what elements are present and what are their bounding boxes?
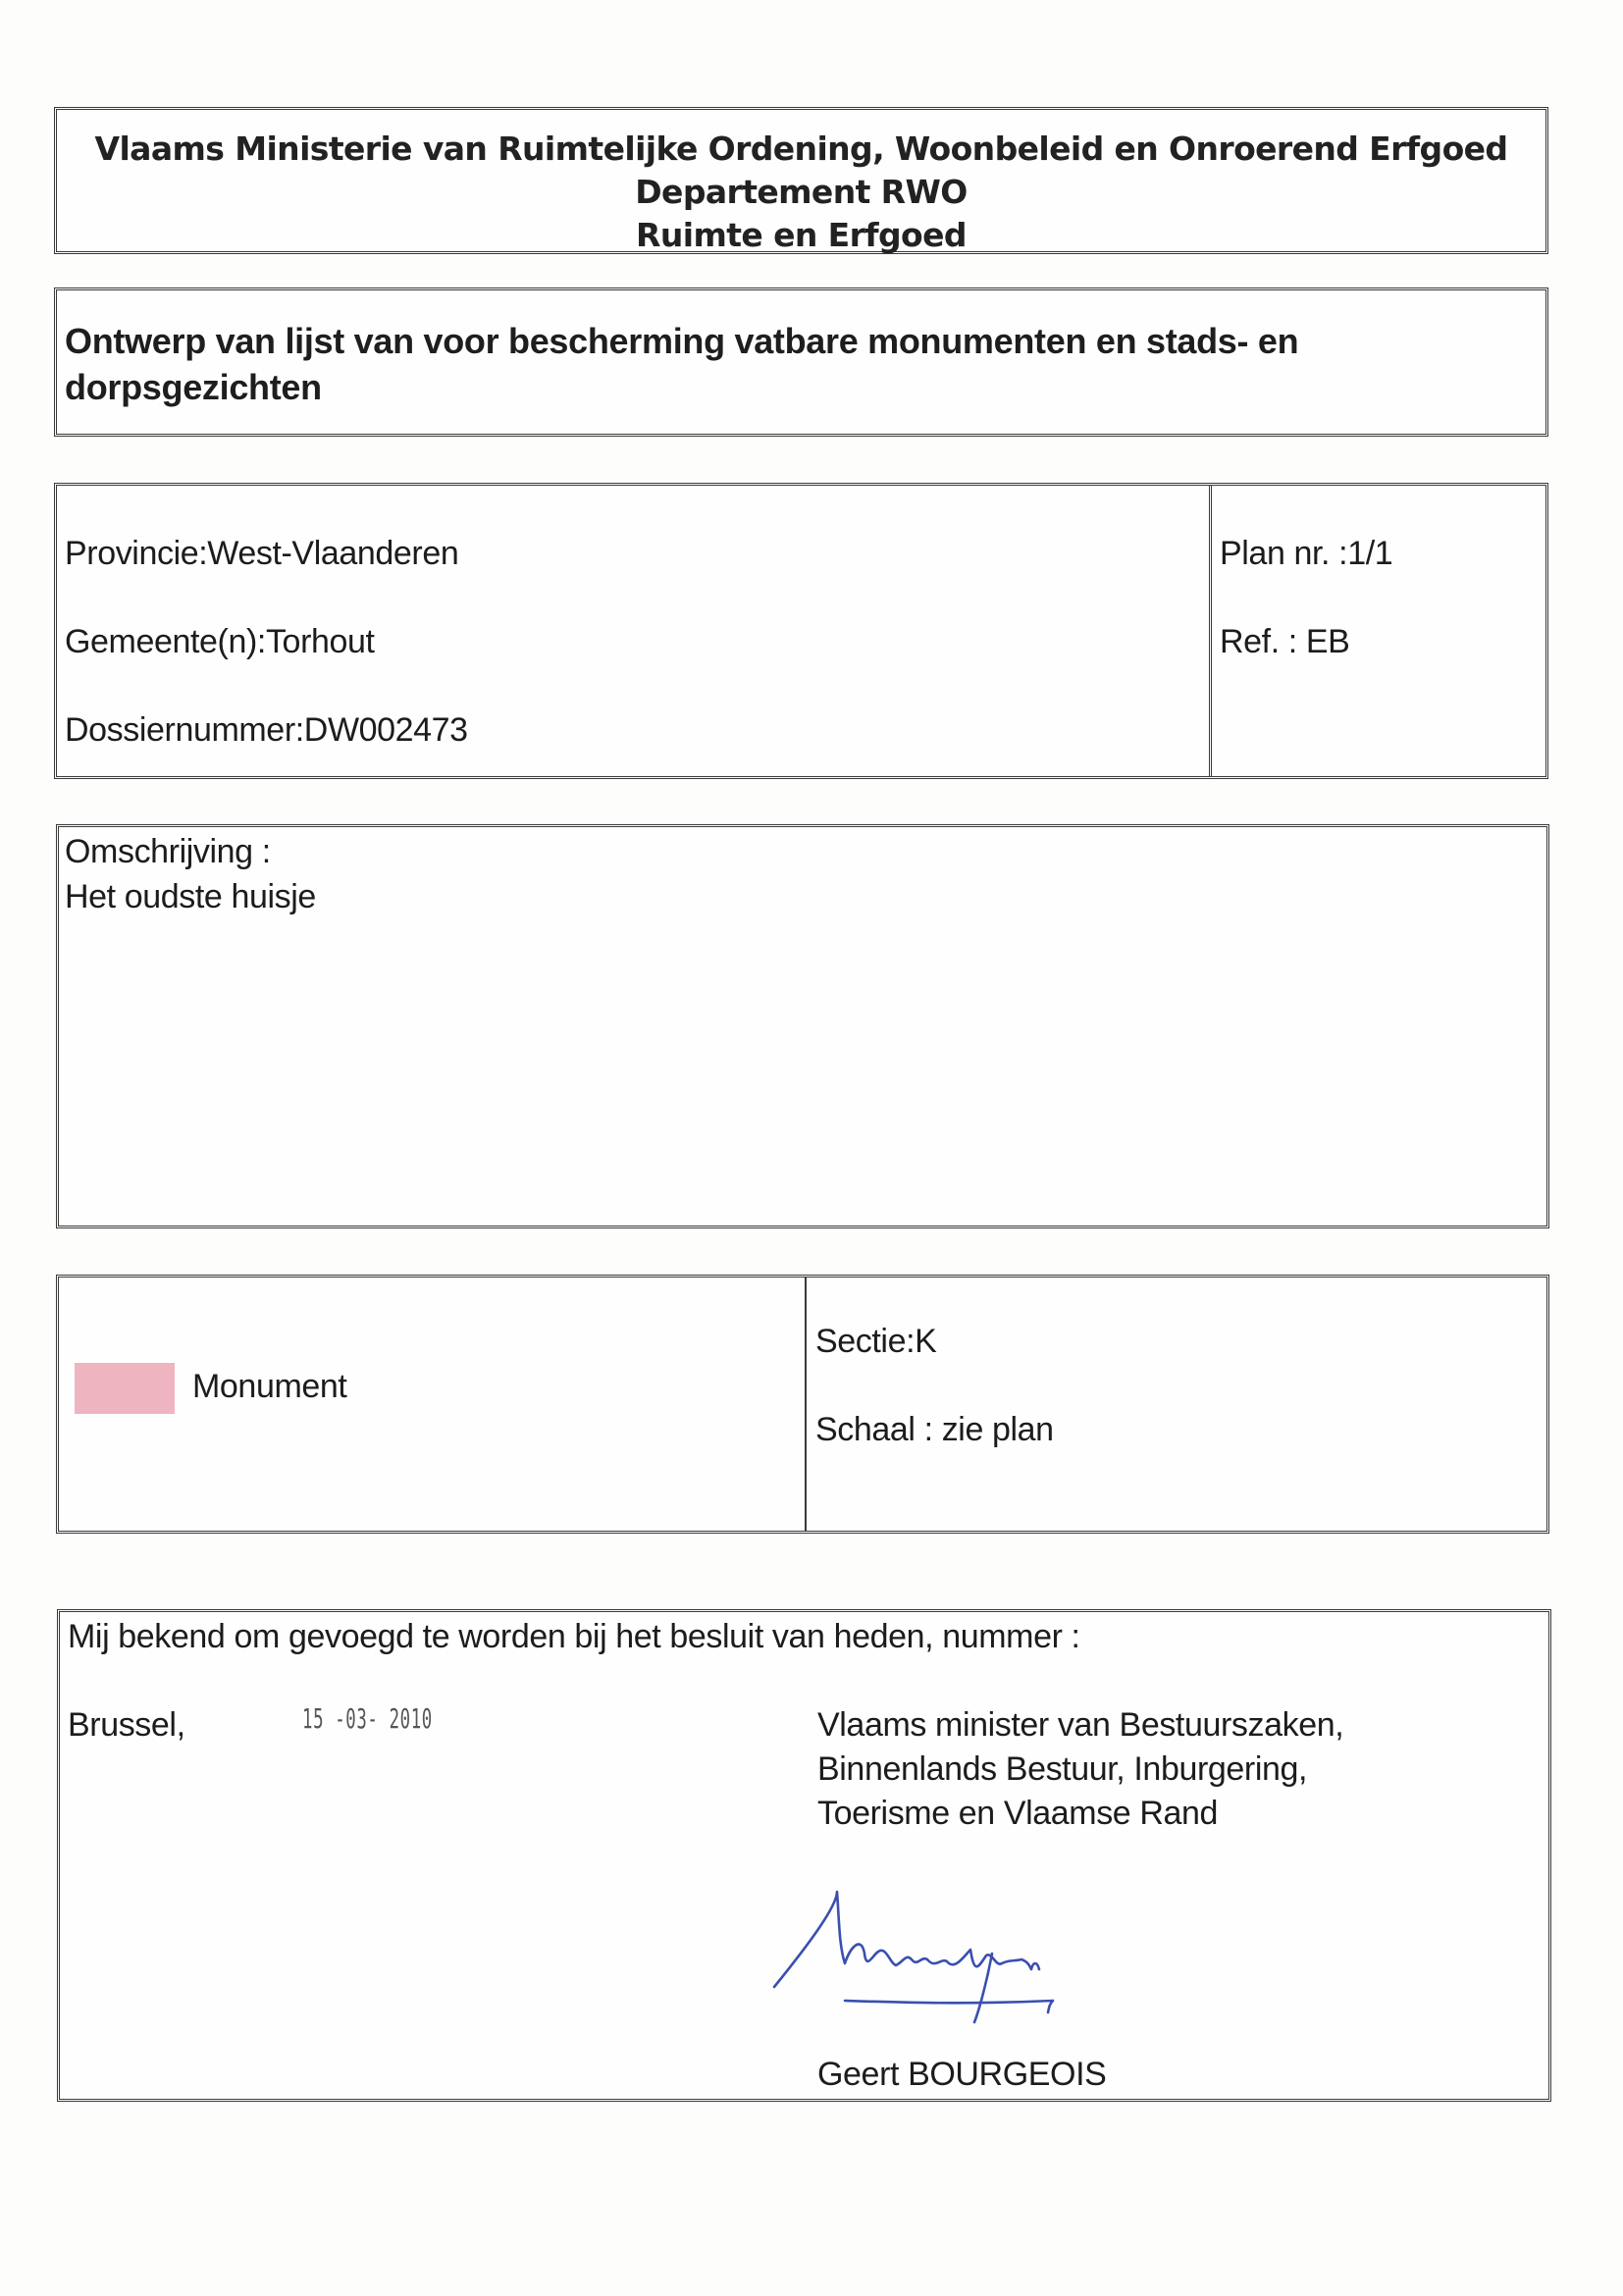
description-label: Omschrijving : — [65, 833, 271, 871]
plan-number-field: Plan nr. :1/1 — [1220, 535, 1392, 573]
description-box: Omschrijving : Het oudste huisje — [56, 824, 1549, 1228]
description-value: Het oudste huisje — [65, 878, 316, 916]
signatory-title-line-2: Binnenlands Bestuur, Inburgering, — [817, 1750, 1307, 1789]
place-text: Brussel, — [68, 1706, 185, 1745]
date-stamp: 15 -03- 2010 — [302, 1702, 433, 1735]
gemeente-field: Gemeente(n):Torhout — [65, 623, 375, 661]
dossiernummer-field: Dossiernummer:DW002473 — [65, 711, 468, 750]
legend-box: Monument Sectie:K Schaal : zie plan — [56, 1275, 1549, 1534]
signature-block: Mij bekend om gevoegd te worden bij het … — [57, 1609, 1551, 2102]
signatory-title-line-1: Vlaams minister van Bestuurszaken, — [817, 1706, 1343, 1745]
legend-label-monument: Monument — [192, 1368, 346, 1406]
signatory-title-line-3: Toerisme en Vlaamse Rand — [817, 1795, 1218, 1833]
division-name: Ruimte en Erfgoed — [57, 214, 1545, 257]
reference-field: Ref. : EB — [1220, 623, 1349, 661]
legend-divider — [805, 1278, 807, 1531]
sectie-field: Sectie:K — [815, 1323, 936, 1361]
statement-text: Mij bekend om gevoegd te worden bij het … — [68, 1618, 1080, 1656]
document-title-box: Ontwerp van lijst van voor bescherming v… — [54, 287, 1548, 437]
department-name: Departement RWO — [57, 171, 1545, 214]
handwritten-signature — [768, 1877, 1141, 2024]
document-title: Ontwerp van lijst van voor bescherming v… — [65, 318, 1487, 410]
info-divider — [1209, 486, 1212, 776]
schaal-field: Schaal : zie plan — [815, 1411, 1054, 1449]
provincie-field: Provincie:West-Vlaanderen — [65, 535, 458, 573]
ministry-header: Vlaams Ministerie van Ruimtelijke Ordeni… — [54, 107, 1548, 254]
monument-color-swatch — [75, 1363, 175, 1414]
info-box: Provincie:West-Vlaanderen Gemeente(n):To… — [54, 483, 1548, 779]
ministry-name: Vlaams Ministerie van Ruimtelijke Ordeni… — [57, 128, 1545, 171]
signatory-name: Geert BOURGEOIS — [817, 2056, 1106, 2094]
